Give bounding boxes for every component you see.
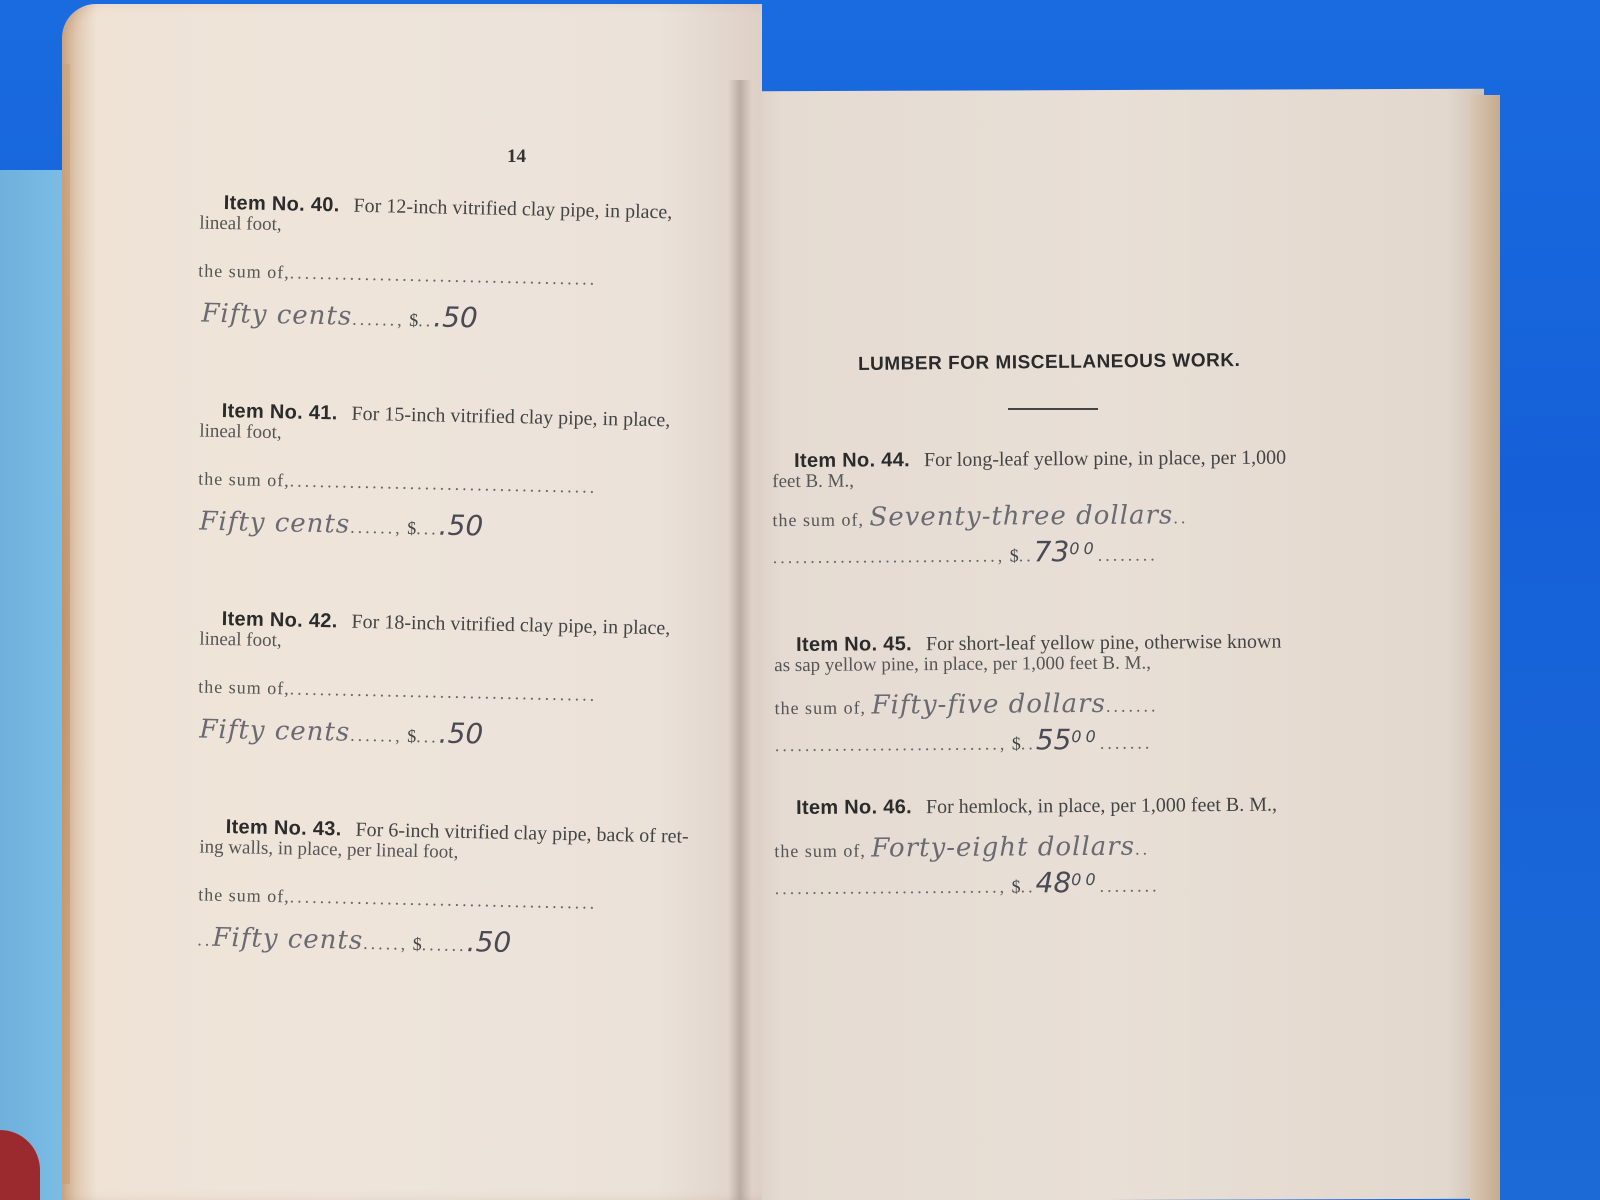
handwritten-words: Forty-eight dollars [871,832,1135,864]
dotted-leader: ....... [1100,733,1153,753]
handwritten-cents: 00 [1069,539,1097,558]
item-45: Item No. 45.For short-leaf yellow pine, … [796,629,1282,758]
dollar-sign: $ [407,518,416,538]
item-46: Item No. 46.For hemlock, in place, per 1… [796,792,1278,901]
dotted-leader: .............................., [775,877,1008,899]
item-description: For long-leaf yellow pine, in place, per… [924,447,1286,472]
dollar-sign: $ [1010,545,1019,565]
item-continuation: as sap yellow pine, in place, per 1,000 … [774,652,1281,678]
sum-label: the sum of, [198,469,290,491]
dotted-leader: .. [1173,507,1188,527]
handwritten-words: Fifty cents [199,507,350,540]
item-description: For hemlock, in place, per 1,000 feet B.… [926,794,1277,818]
dollar-sign: $ [409,310,418,330]
handwritten-words: Fifty-five dollars [871,689,1106,721]
dotted-leader: ......, [350,517,403,538]
dotted-leader: .. [1021,876,1036,896]
handwritten-amount: 55 [1036,723,1072,756]
dotted-leader: .............................., [773,546,1006,568]
dollar-sign: $ [1012,876,1021,896]
dotted-leader: .. [1135,839,1150,859]
handwritten-words: Fifty cents [201,299,352,332]
dotted-leader: .. [418,310,433,330]
section-title: LUMBER FOR MISCELLANEOUS WORK. [858,350,1241,376]
handwritten-amount: .50 [438,717,483,751]
dotted-leader: ........................................… [290,470,598,496]
sum-label: the sum of, [198,884,290,906]
item-label: Item No. 46. [796,796,912,819]
dotted-leader: ... [416,518,439,538]
dollar-sign: $ [407,726,416,746]
item-description: For short-leaf yellow pine, otherwise kn… [926,631,1282,655]
title-rule [1008,408,1098,410]
dotted-leader: .. [1019,545,1034,565]
book-gutter [728,80,752,1200]
dotted-leader: .. [197,929,212,949]
sum-label: the sum of, [198,260,290,282]
handwritten-cents: 00 [1071,727,1099,746]
handwritten-amount: .50 [466,925,511,959]
page-number: 14 [507,146,526,168]
handwritten-words: Fifty cents [212,923,363,956]
item-41: Item No. 41.For 15-inch vitrified clay p… [219,398,670,546]
dollar-sign: $ [1012,733,1021,753]
dotted-leader: ........ [1100,875,1160,895]
item-40: Item No. 40.For 12-inch vitrified clay p… [221,190,672,338]
item-44: Item No. 44.For long-leaf yellow pine, i… [794,445,1287,570]
right-page-edge [1470,95,1500,1200]
dotted-leader: ......, [350,725,403,746]
left-page [62,4,762,1200]
dotted-leader: ... [416,726,439,746]
sum-label: the sum of, [772,510,864,531]
dotted-leader: .. [1021,733,1036,753]
dotted-leader: ........................................… [290,678,598,704]
handwritten-amount: .50 [438,509,483,543]
dotted-leader: ........................................… [290,262,598,288]
dotted-leader: .............................., [775,734,1008,756]
item-label: Item No. 45. [796,633,912,656]
handwritten-words: Fifty cents [199,715,350,748]
sum-label: the sum of, [774,698,866,719]
handwritten-amount: 48 [1036,866,1072,899]
handwritten-amount: .50 [433,300,478,334]
handwritten-cents: 00 [1071,870,1099,889]
dotted-leader: ....., [363,933,408,954]
dotted-leader: ......, [352,309,405,330]
handwritten-amount: 73 [1034,535,1070,568]
dotted-leader: ....... [1106,695,1159,715]
sum-label: the sum of, [774,841,866,862]
item-label: Item No. 44. [794,449,910,472]
sum-label: the sum of, [198,677,290,699]
item-43: Item No. 43.For 6-inch vitrified clay pi… [223,814,689,963]
dotted-leader: ...... [421,934,466,955]
dotted-leader: ........ [1098,544,1158,564]
item-continuation: feet B. M., [772,468,1286,494]
dotted-leader: ........................................… [290,886,598,912]
item-42: Item No. 42.For 18-inch vitrified clay p… [219,606,670,754]
handwritten-words: Seventy-three dollars [869,500,1173,532]
